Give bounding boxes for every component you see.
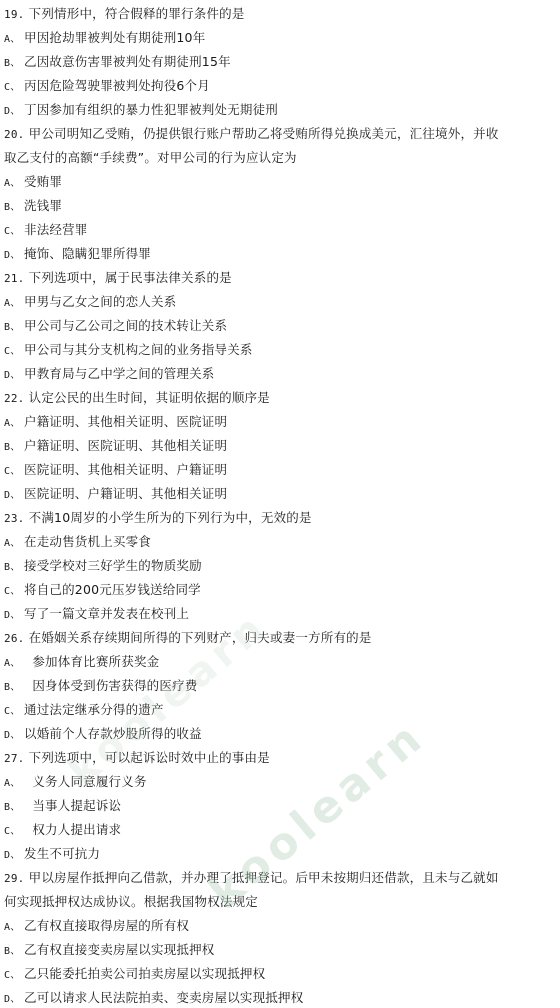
- option-c: C、 权力人提出请求: [0, 818, 560, 842]
- option-label: C、: [4, 580, 24, 604]
- option-b: B、接受学校对三好学生的物质奖励: [0, 554, 560, 578]
- question-number: 20.: [4, 128, 24, 141]
- option-text: 在走动售货机上买零食: [24, 534, 151, 549]
- option-label: D、: [4, 244, 24, 268]
- option-label: B、: [4, 196, 24, 220]
- option-label: C、: [4, 76, 24, 100]
- question-number: 19.: [4, 8, 24, 21]
- option-label: A、: [4, 652, 24, 676]
- option-text: 乙因故意伤害罪被判处有期徒刑15年: [24, 54, 231, 69]
- option-c: C、通过法定继承分得的遗产: [0, 698, 560, 722]
- option-label: D、: [4, 484, 24, 508]
- option-text: 非法经营罪: [24, 222, 88, 237]
- option-label: B、: [4, 676, 24, 700]
- question-text: 在婚姻关系存续期间所得的下列财产，归夫或妻一方所有的是: [29, 630, 372, 645]
- option-a: A、甲男与乙女之间的恋人关系: [0, 290, 560, 314]
- option-c: C、丙因危险驾驶罪被判处拘役6个月: [0, 74, 560, 98]
- question-27: 27. 下列选项中，可以起诉讼时效中止的事由是 A、 义务人同意履行义务 B、 …: [0, 746, 560, 866]
- option-label: D、: [4, 604, 24, 628]
- option-a: A、户籍证明、其他相关证明、医院证明: [0, 410, 560, 434]
- question-stem: 20. 甲公司明知乙受贿，仍提供银行账户帮助乙将受贿所得兑换成美元，汇往境外，并…: [0, 122, 560, 146]
- option-d: D、发生不可抗力: [0, 842, 560, 866]
- question-text: 不满10周岁的小学生所为的下列行为中，无效的是: [29, 510, 312, 525]
- option-label: C、: [4, 964, 24, 988]
- option-b: B、乙有权直接变卖房屋以实现抵押权: [0, 938, 560, 962]
- option-text: 当事人提起诉讼: [24, 798, 121, 813]
- question-text: 甲以房屋作抵押向乙借款，并办理了抵押登记。后甲未按期归还借款，且未与乙就如: [29, 870, 499, 885]
- question-stem: 22. 认定公民的出生时间，其证明依据的顺序是: [0, 386, 560, 410]
- question-number: 22.: [4, 392, 24, 405]
- option-b: B、 因身体受到伤害获得的医疗费: [0, 674, 560, 698]
- option-b: B、甲公司与乙公司之间的技术转让关系: [0, 314, 560, 338]
- question-stem: 19. 下列情形中，符合假释的罪行条件的是: [0, 2, 560, 26]
- option-label: B、: [4, 796, 24, 820]
- option-text: 权力人提出请求: [24, 822, 121, 837]
- option-label: A、: [4, 532, 24, 556]
- option-text: 通过法定继承分得的遗产: [24, 702, 164, 717]
- question-stem: 23. 不满10周岁的小学生所为的下列行为中，无效的是: [0, 506, 560, 530]
- option-text: 乙可以请求人民法院拍卖、变卖房屋以实现抵押权: [24, 990, 303, 1005]
- question-text: 何实现抵押权达成协议。根据我国物权法规定: [4, 894, 258, 909]
- option-label: D、: [4, 724, 24, 748]
- option-label: C、: [4, 700, 24, 724]
- question-stem: 27. 下列选项中，可以起诉讼时效中止的事由是: [0, 746, 560, 770]
- option-text: 甲因抢劫罪被判处有期徒刑10年: [24, 30, 205, 45]
- option-label: D、: [4, 100, 24, 124]
- option-label: A、: [4, 772, 24, 796]
- question-number: 29.: [4, 872, 24, 885]
- option-text: 乙有权直接变卖房屋以实现抵押权: [24, 942, 215, 957]
- option-b: B、 当事人提起诉讼: [0, 794, 560, 818]
- option-c: C、将自己的200元压岁钱送给同学: [0, 578, 560, 602]
- question-stem: 29. 甲以房屋作抵押向乙借款，并办理了抵押登记。后甲未按期归还借款，且未与乙就…: [0, 866, 560, 890]
- option-text: 甲教育局与乙中学之间的管理关系: [24, 366, 215, 381]
- option-label: C、: [4, 340, 24, 364]
- option-c: C、医院证明、其他相关证明、户籍证明: [0, 458, 560, 482]
- option-d: D、甲教育局与乙中学之间的管理关系: [0, 362, 560, 386]
- option-text: 发生不可抗力: [24, 846, 100, 861]
- option-d: D、写了一篇文章并发表在校刊上: [0, 602, 560, 626]
- option-d: D、以婚前个人存款炒股所得的收益: [0, 722, 560, 746]
- option-text: 甲公司与其分支机构之间的业务指导关系: [24, 342, 253, 357]
- option-text: 户籍证明、医院证明、其他相关证明: [24, 438, 227, 453]
- question-20: 20. 甲公司明知乙受贿，仍提供银行账户帮助乙将受贿所得兑换成美元，汇往境外，并…: [0, 122, 560, 266]
- option-label: C、: [4, 820, 24, 844]
- question-29: 29. 甲以房屋作抵押向乙借款，并办理了抵押登记。后甲未按期归还借款，且未与乙就…: [0, 866, 560, 1008]
- option-text: 丁因参加有组织的暴力性犯罪被判处无期徒刑: [24, 102, 278, 117]
- option-text: 医院证明、户籍证明、其他相关证明: [24, 486, 227, 501]
- option-label: A、: [4, 412, 24, 436]
- question-text: 取乙支付的高额“手续费”。对甲公司的行为应认定为: [4, 150, 297, 165]
- question-number: 27.: [4, 752, 24, 765]
- question-stem: 26. 在婚姻关系存续期间所得的下列财产，归夫或妻一方所有的是: [0, 626, 560, 650]
- option-d: D、乙可以请求人民法院拍卖、变卖房屋以实现抵押权: [0, 986, 560, 1008]
- option-text: 接受学校对三好学生的物质奖励: [24, 558, 202, 573]
- option-label: B、: [4, 316, 24, 340]
- option-d: D、医院证明、户籍证明、其他相关证明: [0, 482, 560, 506]
- option-label: A、: [4, 172, 24, 196]
- question-26: 26. 在婚姻关系存续期间所得的下列财产，归夫或妻一方所有的是 A、 参加体育比…: [0, 626, 560, 746]
- option-label: A、: [4, 916, 24, 940]
- option-text: 将自己的200元压岁钱送给同学: [24, 582, 201, 597]
- option-label: D、: [4, 988, 24, 1008]
- option-a: A、在走动售货机上买零食: [0, 530, 560, 554]
- question-number: 26.: [4, 632, 24, 645]
- question-text: 下列情形中，符合假释的罪行条件的是: [29, 6, 245, 21]
- question-stem-continued: 何实现抵押权达成协议。根据我国物权法规定: [0, 890, 560, 914]
- question-23: 23. 不满10周岁的小学生所为的下列行为中，无效的是 A、在走动售货机上买零食…: [0, 506, 560, 626]
- option-label: D、: [4, 364, 24, 388]
- question-21: 21. 下列选项中，属于民事法律关系的是 A、甲男与乙女之间的恋人关系 B、甲公…: [0, 266, 560, 386]
- option-text: 洗钱罪: [24, 198, 62, 213]
- question-text: 下列选项中，属于民事法律关系的是: [29, 270, 232, 285]
- question-text: 认定公民的出生时间，其证明依据的顺序是: [29, 390, 270, 405]
- option-a: A、 参加体育比赛所获奖金: [0, 650, 560, 674]
- option-label: A、: [4, 28, 24, 52]
- option-text: 甲公司与乙公司之间的技术转让关系: [24, 318, 227, 333]
- option-c: C、非法经营罪: [0, 218, 560, 242]
- option-d: D、丁因参加有组织的暴力性犯罪被判处无期徒刑: [0, 98, 560, 122]
- option-a: A、甲因抢劫罪被判处有期徒刑10年: [0, 26, 560, 50]
- option-text: 丙因危险驾驶罪被判处拘役6个月: [24, 78, 210, 93]
- option-b: B、洗钱罪: [0, 194, 560, 218]
- question-stem: 21. 下列选项中，属于民事法律关系的是: [0, 266, 560, 290]
- option-text: 写了一篇文章并发表在校刊上: [24, 606, 189, 621]
- option-text: 以婚前个人存款炒股所得的收益: [24, 726, 202, 741]
- option-b: B、乙因故意伤害罪被判处有期徒刑15年: [0, 50, 560, 74]
- question-stem-continued: 取乙支付的高额“手续费”。对甲公司的行为应认定为: [0, 146, 560, 170]
- option-b: B、户籍证明、医院证明、其他相关证明: [0, 434, 560, 458]
- option-label: D、: [4, 844, 24, 868]
- option-c: C、甲公司与其分支机构之间的业务指导关系: [0, 338, 560, 362]
- question-text: 下列选项中，可以起诉讼时效中止的事由是: [29, 750, 270, 765]
- option-label: B、: [4, 940, 24, 964]
- option-text: 甲男与乙女之间的恋人关系: [24, 294, 176, 309]
- option-label: A、: [4, 292, 24, 316]
- option-c: C、乙只能委托拍卖公司拍卖房屋以实现抵押权: [0, 962, 560, 986]
- option-a: A、受贿罪: [0, 170, 560, 194]
- option-a: A、 义务人同意履行义务: [0, 770, 560, 794]
- exam-document: 19. 下列情形中，符合假释的罪行条件的是 A、甲因抢劫罪被判处有期徒刑10年 …: [0, 2, 560, 1008]
- question-22: 22. 认定公民的出生时间，其证明依据的顺序是 A、户籍证明、其他相关证明、医院…: [0, 386, 560, 506]
- option-d: D、掩饰、隐瞒犯罪所得罪: [0, 242, 560, 266]
- option-label: C、: [4, 460, 24, 484]
- question-number: 23.: [4, 512, 24, 525]
- option-text: 受贿罪: [24, 174, 62, 189]
- option-text: 义务人同意履行义务: [24, 774, 147, 789]
- option-text: 参加体育比赛所获奖金: [24, 654, 159, 669]
- option-label: B、: [4, 436, 24, 460]
- question-19: 19. 下列情形中，符合假释的罪行条件的是 A、甲因抢劫罪被判处有期徒刑10年 …: [0, 2, 560, 122]
- option-text: 乙只能委托拍卖公司拍卖房屋以实现抵押权: [24, 966, 265, 981]
- option-text: 掩饰、隐瞒犯罪所得罪: [24, 246, 151, 261]
- question-number: 21.: [4, 272, 24, 285]
- option-text: 因身体受到伤害获得的医疗费: [24, 678, 197, 693]
- option-label: C、: [4, 220, 24, 244]
- option-a: A、乙有权直接取得房屋的所有权: [0, 914, 560, 938]
- option-text: 乙有权直接取得房屋的所有权: [24, 918, 189, 933]
- option-text: 医院证明、其他相关证明、户籍证明: [24, 462, 227, 477]
- option-label: B、: [4, 52, 24, 76]
- option-label: B、: [4, 556, 24, 580]
- option-text: 户籍证明、其他相关证明、医院证明: [24, 414, 227, 429]
- question-text: 甲公司明知乙受贿，仍提供银行账户帮助乙将受贿所得兑换成美元，汇往境外，并收: [29, 126, 499, 141]
